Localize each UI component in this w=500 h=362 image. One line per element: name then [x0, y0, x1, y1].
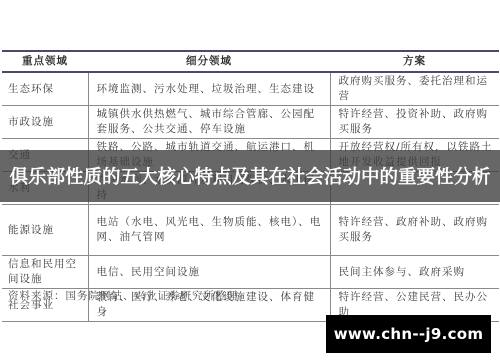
- table-row: 能源设施 电站（水电、风光电、生物质能、核电）、电网、油气管网 特许经营、政府补…: [2, 205, 499, 256]
- cell-area: 生态环保: [2, 72, 88, 106]
- cell-scheme: 特许经营、投资补助、政府购买服务: [330, 106, 499, 139]
- document-page: 重点领域 细分领域 方案 生态环保 环境监测、污水处理、垃圾治理、生态建设 政府…: [0, 0, 500, 362]
- table-row: 市政设施 城镇供水供热燃气、城市综合管廊、公园配套服务、公共交通、停车设施 特许…: [2, 106, 499, 139]
- banner-title: 俱乐部性质的五大核心特点及其在社会活动中的重要性分析: [9, 163, 490, 189]
- table-header-row: 重点领域 细分领域 方案: [2, 51, 499, 72]
- cell-scheme: 特许经营、政府补助、政府购买服务: [330, 205, 499, 256]
- header-sub-area: 细分领域: [88, 51, 330, 72]
- cell-area: 信息和民用空间设施: [2, 256, 88, 289]
- title-banner: 俱乐部性质的五大核心特点及其在社会活动中的重要性分析: [0, 150, 500, 202]
- cell-scheme: 政府购买服务、委托治理和运营: [330, 72, 499, 106]
- table-row: 信息和民用空间设施 电信、民用空间设施 民间主体参与、政府采购: [2, 256, 499, 289]
- cell-subareas: 环境监测、污水处理、垃圾治理、生态建设: [88, 72, 330, 106]
- watermark-url: www.chn--j9.com: [334, 325, 484, 343]
- header-scheme: 方案: [330, 51, 499, 72]
- cell-subareas: 电信、民用空间设施: [88, 256, 330, 289]
- cell-area: 市政设施: [2, 106, 88, 139]
- cell-subareas: 电站（水电、风光电、生物质能、核电）、电网、油气管网: [88, 205, 330, 256]
- cell-area: 能源设施: [2, 205, 88, 256]
- watermark-box: www.chn--j9.com: [326, 315, 491, 353]
- cell-scheme: 民间主体参与、政府采购: [330, 256, 499, 289]
- header-key-area: 重点领域: [2, 51, 88, 72]
- source-note: 资料来源：国务院网站、兴业证券研究所整理: [8, 288, 238, 303]
- cell-subareas: 城镇供水供热燃气、城市综合管廊、公园配套服务、公共交通、停车设施: [88, 106, 330, 139]
- table-row: 生态环保 环境监测、污水处理、垃圾治理、生态建设 政府购买服务、委托治理和运营: [2, 72, 499, 106]
